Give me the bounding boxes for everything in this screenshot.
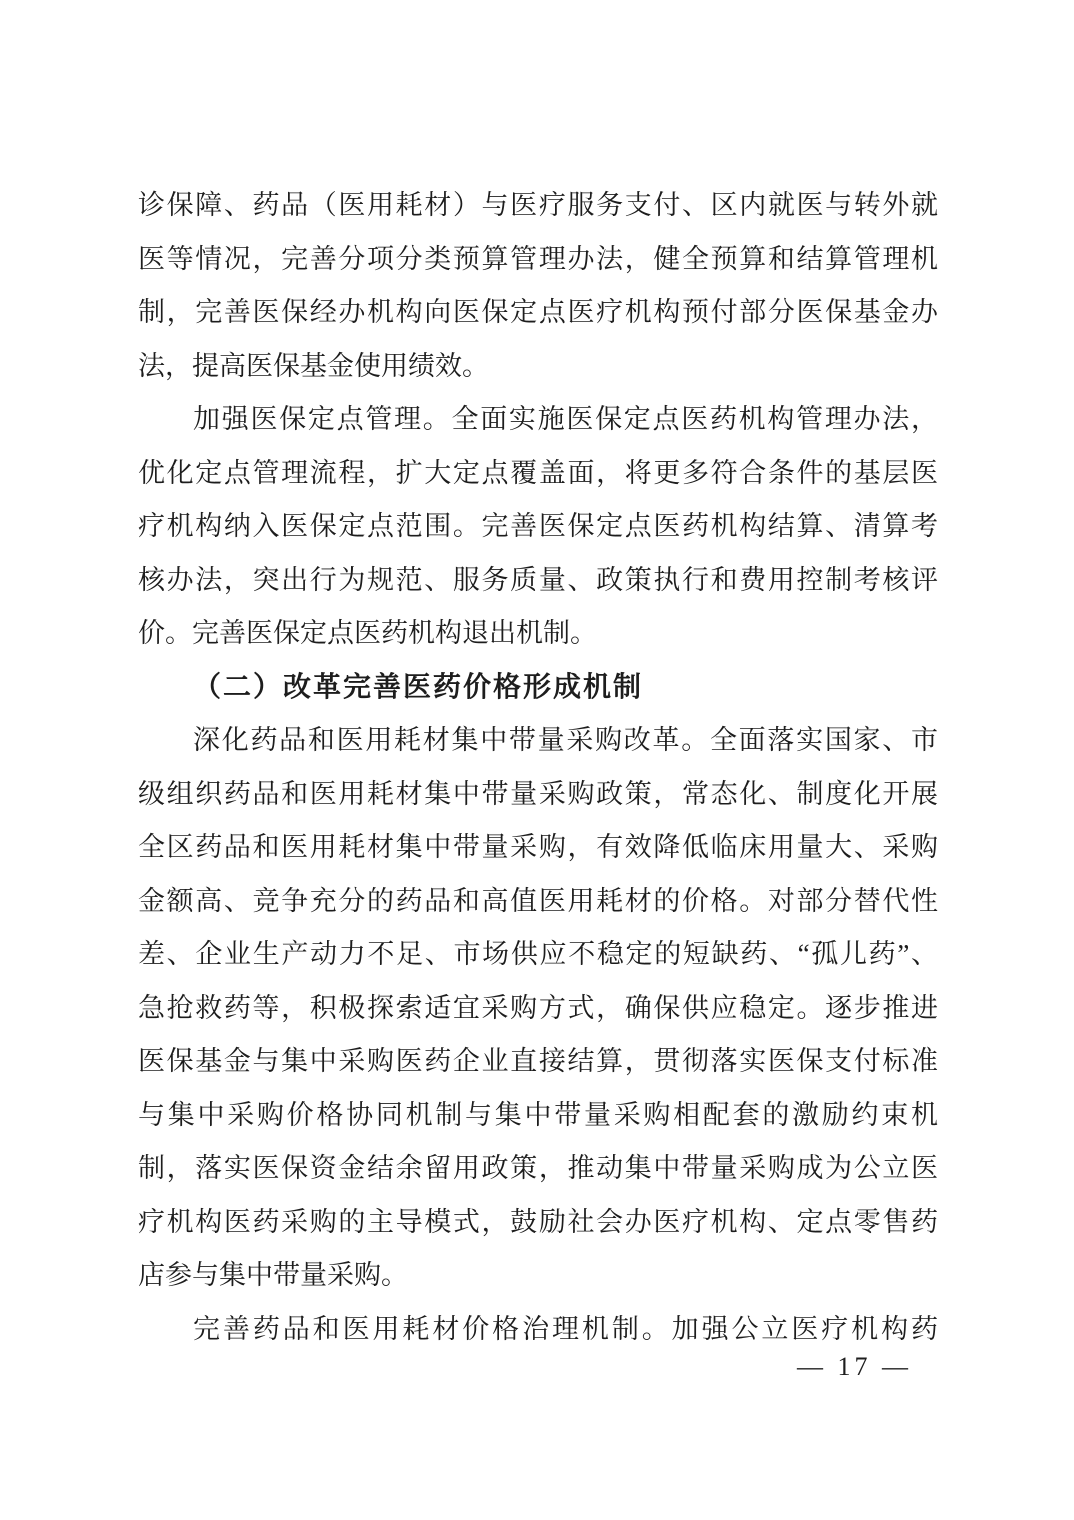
text-line: 法，提高医保基金使用绩效。 [138,340,938,394]
text-block: 诊保障、药品（医用耗材）与医疗服务支付、区内就医与转外就医等情况，完善分项分类预… [138,179,938,1356]
text-line: 疗机构医药采购的主导模式，鼓励社会办医疗机构、定点零售药 [138,1196,938,1250]
text-line: 价。完善医保定点医药机构退出机制。 [138,607,938,661]
text-line: 制，完善医保经办机构向医保定点医疗机构预付部分医保基金办 [138,286,938,340]
text-line: 完善药品和医用耗材价格治理机制。加强公立医疗机构药 [138,1303,938,1357]
text-line: 店参与集中带量采购。 [138,1249,938,1303]
text-line: 疗机构纳入医保定点范围。完善医保定点医药机构结算、清算考 [138,500,938,554]
text-line: 制，落实医保资金结余留用政策，推动集中带量采购成为公立医 [138,1142,938,1196]
document-page: 诊保障、药品（医用耗材）与医疗服务支付、区内就医与转外就医等情况，完善分项分类预… [0,0,1074,1520]
text-line: 全区药品和医用耗材集中带量采购，有效降低临床用量大、采购 [138,821,938,875]
section-heading: （二）改革完善医药价格形成机制 [138,661,938,715]
text-line: 优化定点管理流程，扩大定点覆盖面，将更多符合条件的基层医 [138,447,938,501]
text-line: 医保基金与集中采购医药企业直接结算，贯彻落实医保支付标准 [138,1035,938,1089]
page-number: — 17 — [797,1352,912,1382]
text-line: 医等情况，完善分项分类预算管理办法，健全预算和结算管理机 [138,233,938,287]
text-line: 级组织药品和医用耗材集中带量采购政策，常态化、制度化开展 [138,768,938,822]
text-line: 诊保障、药品（医用耗材）与医疗服务支付、区内就医与转外就 [138,179,938,233]
text-line: 深化药品和医用耗材集中带量采购改革。全面落实国家、市 [138,714,938,768]
text-line: 加强医保定点管理。全面实施医保定点医药机构管理办法， [138,393,938,447]
text-line: 金额高、竞争充分的药品和高值医用耗材的价格。对部分替代性 [138,875,938,929]
text-line: 差、企业生产动力不足、市场供应不稳定的短缺药、“孤儿药”、 [138,928,938,982]
text-line: 核办法，突出行为规范、服务质量、政策执行和费用控制考核评 [138,554,938,608]
text-line: 与集中采购价格协同机制与集中带量采购相配套的激励约束机 [138,1089,938,1143]
text-line: 急抢救药等，积极探索适宜采购方式，确保供应稳定。逐步推进 [138,982,938,1036]
